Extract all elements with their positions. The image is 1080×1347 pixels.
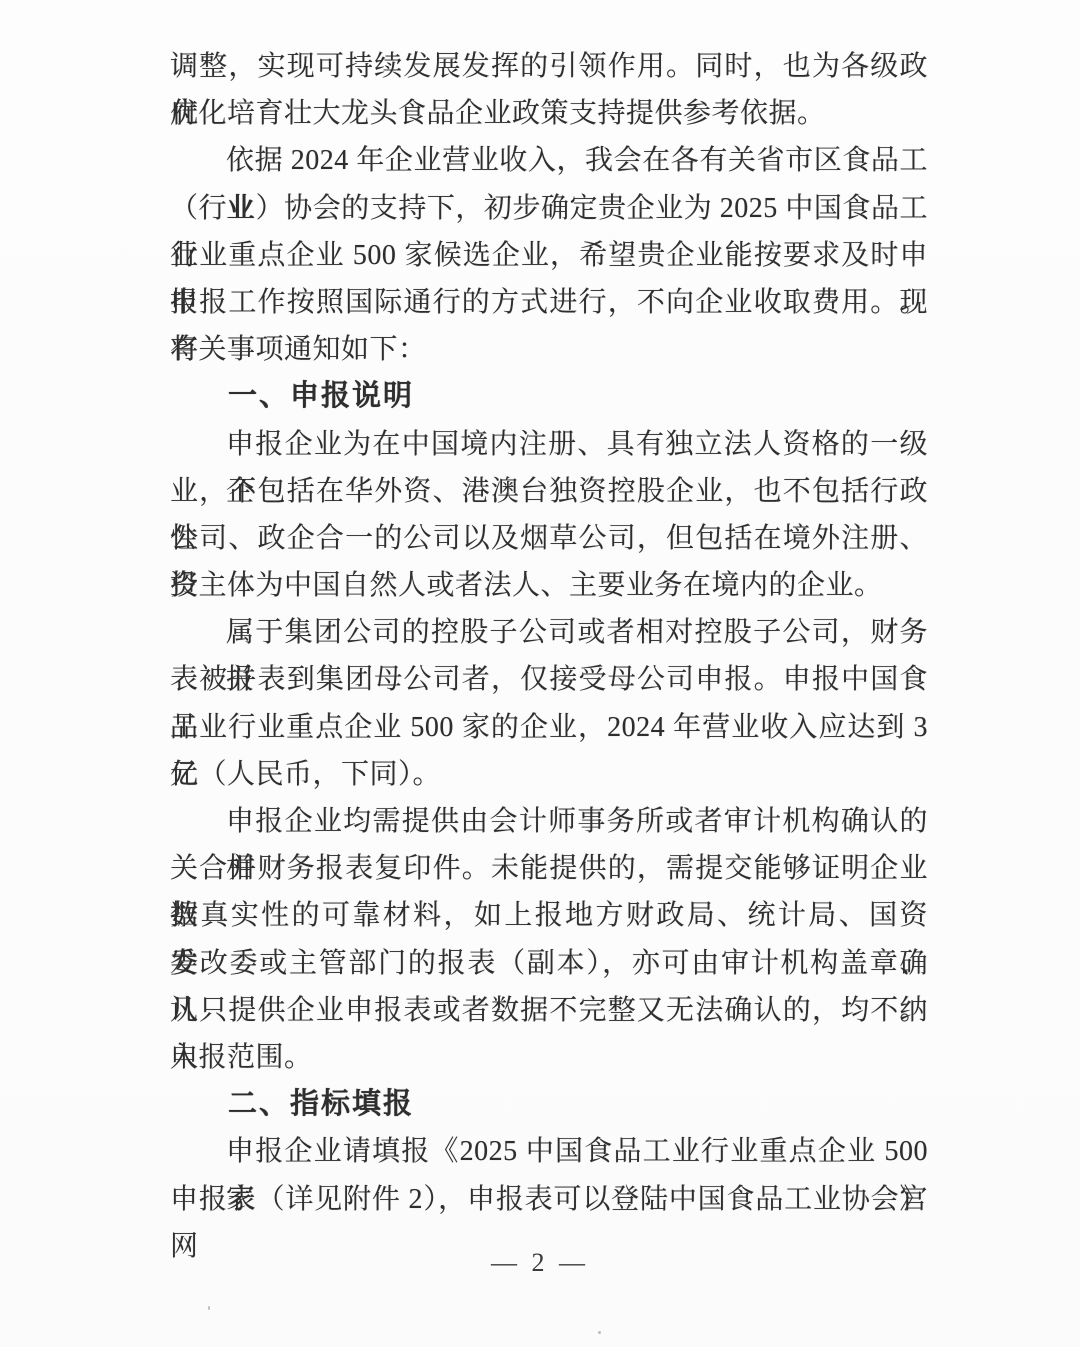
- text-line: 有关事项通知如下：: [170, 326, 928, 373]
- text-line: 资主体为中国自然人或者法人、主要业务在境内的企业。: [170, 562, 928, 609]
- text-line: 依据 2024 年企业营业收入，我会在各有关省市区食品工业: [170, 137, 928, 184]
- page-number: — 2 —: [0, 1248, 1080, 1278]
- text-line: （行业）协会的支持下，初步确定贵企业为 2025 中国食品工业: [170, 185, 928, 232]
- scan-speck: [208, 1306, 210, 1310]
- section-heading-indicator-filing: 二、指标填报: [170, 1081, 928, 1128]
- section-heading-application-notes: 一、申报说明: [170, 373, 928, 420]
- text-line: 申报范围。: [170, 1034, 928, 1081]
- text-line: 行业重点企业 500 家候选企业，希望贵企业能按要求及时申报。: [170, 232, 928, 279]
- text-line: 元（人民币，下同）。: [170, 751, 928, 798]
- text-line: 申报表（详见附件 2），申报表可以登陆中国食品工业协会官网: [170, 1176, 928, 1223]
- text-line: 据真实性的可靠材料，如上报地方财政局、统计局、国资委、: [170, 892, 928, 939]
- document-page: 调整，实现可持续发展发挥的引领作用。同时，也为各级政府 优化培育壮大龙头食品企业…: [0, 0, 1080, 1347]
- text-line: 属于集团公司的控股子公司或者相对控股子公司，财务报: [170, 609, 928, 656]
- text-line: 凡只提供企业申报表或者数据不完整又无法确认的，均不纳入: [170, 987, 928, 1034]
- scan-speck: [598, 1331, 601, 1334]
- document-text-block: 调整，实现可持续发展发挥的引领作用。同时，也为各级政府 优化培育壮大龙头食品企业…: [170, 43, 928, 1223]
- text-line: 业，不包括在华外资、港澳台独资控股企业，也不包括行政性: [170, 468, 928, 515]
- text-line: 关合并财务报表复印件。未能提供的，需提交能够证明企业数: [170, 845, 928, 892]
- text-line: 优化培育壮大龙头食品企业政策支持提供参考依据。: [170, 90, 928, 137]
- text-line: 调整，实现可持续发展发挥的引领作用。同时，也为各级政府: [170, 43, 928, 90]
- text-line: 申报工作按照国际通行的方式进行，不向企业收取费用。现将: [170, 279, 928, 326]
- text-line: 申报企业为在中国境内注册、具有独立法人资格的一级企: [170, 421, 928, 468]
- text-line: 申报企业请填报《2025 中国食品工业行业重点企业 500 家》: [170, 1128, 928, 1175]
- text-line: 申报企业均需提供由会计师事务所或者审计机构确认的相: [170, 798, 928, 845]
- text-line: 公司、政企合一的公司以及烟草公司，但包括在境外注册、投: [170, 515, 928, 562]
- text-line: 表被并表到集团母公司者，仅接受母公司申报。申报中国食品: [170, 656, 928, 703]
- text-line: 发改委或主管部门的报表（副本），亦可由审计机构盖章确认。: [170, 940, 928, 987]
- text-line: 工业行业重点企业 500 家的企业，2024 年营业收入应达到 3 亿: [170, 704, 928, 751]
